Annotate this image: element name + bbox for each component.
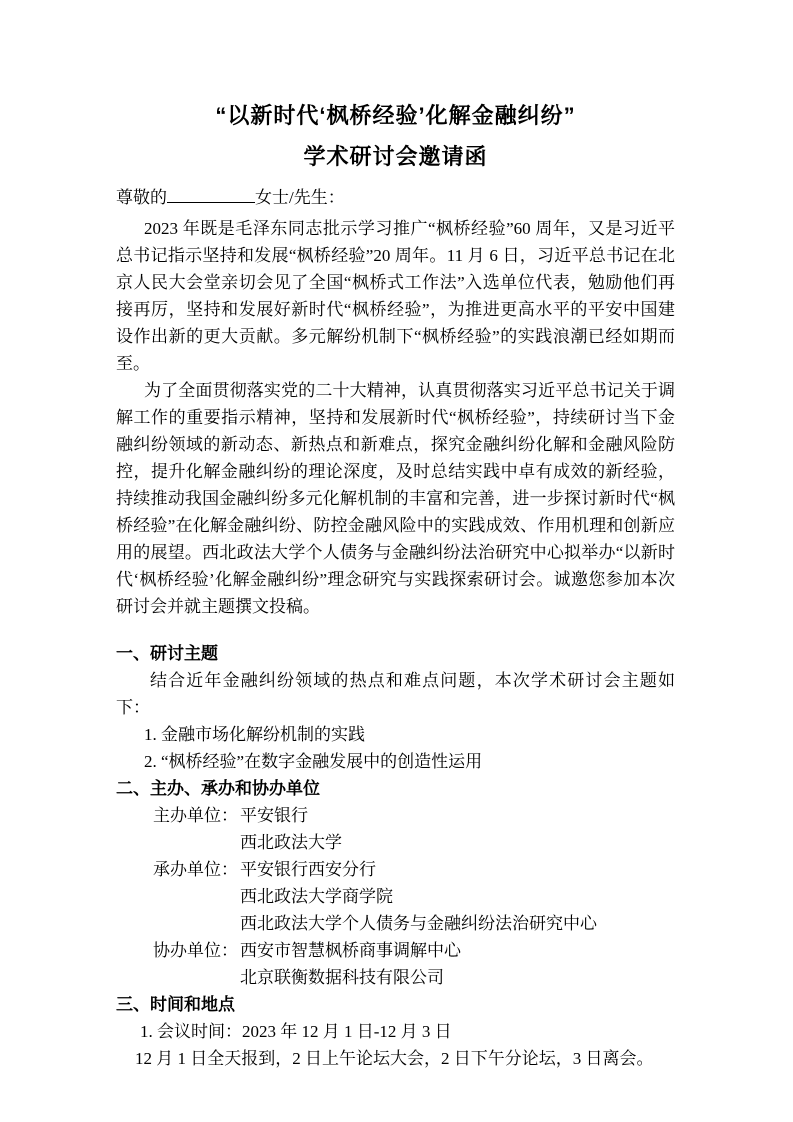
document-title-line2: 学术研讨会邀请函 bbox=[116, 142, 675, 172]
organizer-unit: 西安市智慧枫桥商事调解中心 bbox=[240, 937, 675, 964]
organizer-unit: 平安银行 bbox=[240, 802, 675, 829]
section1-intro: 结合近年金融纠纷领域的热点和难点问题，本次学术研讨会主题如下： bbox=[116, 667, 675, 721]
organizer-group-host: 主办单位： 平安银行 西北政法大学 bbox=[116, 802, 675, 856]
organizer-units-co-organizer: 西安市智慧枫桥商事调解中心 北京联衡数据科技有限公司 bbox=[240, 937, 675, 991]
meeting-time-line: 1. 会议时间：2023 年 12 月 1 日-12 月 3 日 bbox=[116, 1018, 675, 1045]
schedule-note-line: 12 月 1 日全天报到，2 日上午论坛大会，2 日下午分论坛，3 日离会。 bbox=[116, 1045, 675, 1072]
organizer-label-undertaker: 承办单位： bbox=[153, 856, 240, 937]
paragraph-anniversary-background: 2023 年既是毛泽东同志批示学习推广“枫桥经验”60 周年，又是习近平总书记指… bbox=[116, 215, 675, 377]
organizer-units-undertaker: 平安银行西安分行 西北政法大学商学院 西北政法大学个人债务与金融纠纷法治研究中心 bbox=[240, 856, 675, 937]
greeting-prefix: 尊敬的 bbox=[116, 188, 167, 207]
organizer-units-host: 平安银行 西北政法大学 bbox=[240, 802, 675, 856]
topic-item-2: 2. “枫桥经验”在数字金融发展中的创造性运用 bbox=[116, 748, 675, 775]
organizer-group-undertaker: 承办单位： 平安银行西安分行 西北政法大学商学院 西北政法大学个人债务与金融纠纷… bbox=[116, 856, 675, 937]
document-title-line1: “以新时代‘枫桥经验’化解金融纠纷” bbox=[116, 101, 675, 131]
recipient-name-blank: __________ bbox=[167, 189, 255, 203]
section1-heading: 一、研讨主题 bbox=[116, 640, 675, 667]
organizer-label-host: 主办单位： bbox=[153, 802, 240, 856]
section2-heading: 二、主办、承办和协办单位 bbox=[116, 775, 675, 802]
organizer-unit: 平安银行西安分行 bbox=[240, 856, 675, 883]
section3-heading: 三、时间和地点 bbox=[116, 991, 675, 1018]
greeting-suffix: 女士/先生： bbox=[255, 188, 345, 207]
organizer-unit: 北京联衡数据科技有限公司 bbox=[240, 964, 675, 991]
organizer-group-co-organizer: 协办单位： 西安市智慧枫桥商事调解中心 北京联衡数据科技有限公司 bbox=[116, 937, 675, 991]
document-page: “以新时代‘枫桥经验’化解金融纠纷” 学术研讨会邀请函 尊敬的_________… bbox=[0, 0, 793, 1122]
organizer-label-co-organizer: 协办单位： bbox=[153, 937, 240, 991]
organizer-unit: 西北政法大学个人债务与金融纠纷法治研究中心 bbox=[240, 910, 675, 937]
paragraph-seminar-purpose: 为了全面贯彻落实党的二十大精神，认真贯彻落实习近平总书记关于调解工作的重要指示精… bbox=[116, 377, 675, 620]
greeting-line: 尊敬的__________女士/先生： bbox=[116, 184, 675, 211]
topic-item-1: 1. 金融市场化解纷机制的实践 bbox=[116, 721, 675, 748]
organizer-unit: 西北政法大学 bbox=[240, 829, 675, 856]
organizer-unit: 西北政法大学商学院 bbox=[240, 883, 675, 910]
